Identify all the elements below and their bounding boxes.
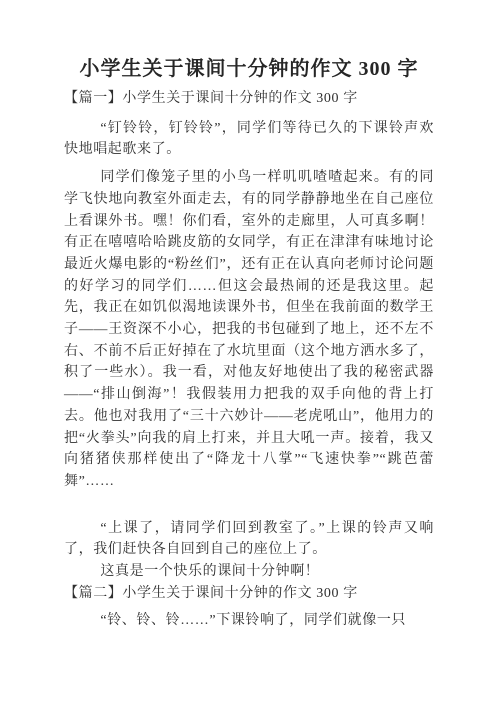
essay-paragraph: “铃、铃、铃……”下课铃响了，同学们就像一只 [64, 610, 434, 632]
essay-section-heading-1: 【篇一】小学生关于课间十分钟的作文 300 字 [64, 88, 434, 110]
essay-paragraph: “钉铃铃，钉铃铃”，同学们等待已久的下课铃声欢快地唱起歌来了。 [64, 118, 434, 161]
essay-paragraph: 同学们像笼子里的小鸟一样叽叽喳喳起来。有的同学飞快地向教室外面走去，有的同学静静… [64, 167, 434, 493]
essay-section-heading-2: 【篇二】小学生关于课间十分钟的作文 300 字 [64, 583, 434, 605]
document-title: 小学生关于课间十分钟的作文 300 字 [64, 56, 434, 82]
document-page: 小学生关于课间十分钟的作文 300 字 【篇一】小学生关于课间十分钟的作文 30… [0, 0, 500, 707]
essay-paragraph: 这真是一个快乐的课间十分钟啊！ [64, 561, 434, 583]
essay-paragraph: “上课了，请同学们回到教室了。”上课的铃声又响了，我们赶快各自回到自己的座位上了… [64, 518, 434, 561]
